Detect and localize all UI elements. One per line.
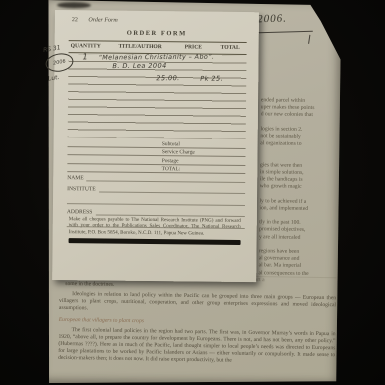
body-paragraph: Ideologies in relation to land policy wi…	[59, 291, 336, 316]
circled-annotation: 2006	[44, 51, 75, 73]
running-header-text: Order Form	[88, 17, 117, 23]
page-bottom-text: under our this in preparing for our trad…	[58, 273, 336, 366]
address-label: ADDRESS	[67, 209, 93, 215]
handwritten-total: Pk 25.	[200, 75, 223, 83]
handwritten-underline	[251, 31, 313, 34]
text-fragment-line: d our new colonies that	[261, 112, 337, 120]
handwritten-title: “Melanesian Christianity – Abo”.	[98, 53, 214, 62]
name-label: NAME	[67, 175, 84, 181]
subtotal-label: Subtotal	[162, 141, 180, 147]
payment-instructions: Make all cheques payable to The National…	[69, 216, 241, 237]
form-title: ORDER FORM	[55, 29, 259, 38]
order-form-sheet: 22 Order Form ORDER FORM QUANTITY TITLE/…	[52, 10, 259, 282]
institute-label: INSTITUTE	[67, 186, 96, 192]
totals-block: Subtotal Service Charge Postage TOTAL:	[67, 138, 245, 174]
text-fragment-line: ion, and implemented	[259, 205, 335, 213]
handwritten-author-year: B. D. Lea 2004	[112, 62, 166, 70]
handwritten-price: 25.00.	[156, 74, 179, 82]
handwritten-quantity: 1	[82, 52, 88, 61]
text-fragment-line: al organizations to	[260, 140, 336, 148]
institute-field-row: INSTITUTE	[67, 181, 245, 194]
handwritten-margin-annotation: RS 31 2006 Lut.	[43, 42, 82, 83]
column-header-total: TOTAL	[221, 45, 240, 51]
page-text-fragments: ended parcel within uper makes these poi…	[258, 97, 337, 278]
running-header: 22 Order Form	[72, 17, 118, 23]
photo-backdrop: d 2006. ended parcel within uper makes t…	[0, 0, 385, 385]
handwritten-tick-mark	[308, 35, 310, 44]
margin-annotation-line1: RS 31	[43, 42, 78, 54]
blacked-out-line	[69, 238, 241, 245]
circled-annotation-text: 2006	[53, 59, 67, 67]
column-header-price: PRICE	[185, 44, 202, 50]
text-fragment-line: y are all intercaled	[259, 234, 335, 242]
name-field-row: NAME	[67, 170, 245, 183]
postage-label: Postage	[162, 158, 179, 164]
section-subheading: European that villagers to plant crops	[59, 317, 336, 328]
page-number: 22	[72, 17, 78, 23]
ink-smudge	[57, 2, 91, 8]
service-charge-label: Service Charge	[162, 149, 195, 155]
column-header-title-author: TITLE/AUTHOR	[119, 44, 162, 50]
body-paragraph: The first colonial land policies in the …	[58, 327, 336, 366]
